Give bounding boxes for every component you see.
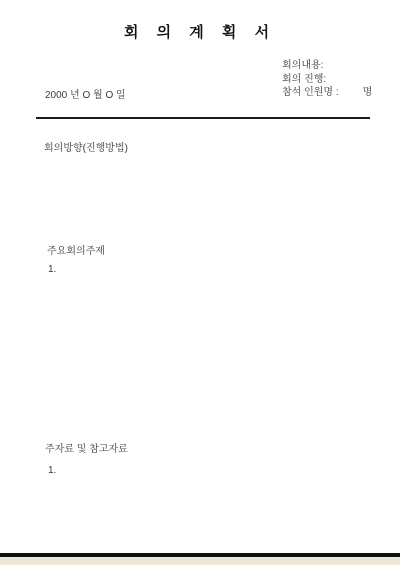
attendees-unit: 명	[363, 86, 373, 100]
attendees-line: 참석 인원명 :명	[282, 86, 372, 100]
meta-block: 회의내용: 회의 진행: 참석 인원명 :명	[282, 59, 372, 100]
meeting-content-label: 회의내용:	[282, 59, 372, 73]
materials-list-item: 1.	[48, 465, 56, 476]
bottom-page-edge	[0, 557, 400, 565]
page-title: 회 의 계 획 서	[0, 21, 400, 42]
meeting-plan-document: 회 의 계 획 서 회의내용: 회의 진행: 참석 인원명 :명 2000 년 …	[0, 0, 400, 565]
section-direction-label: 회의방향(진행방법)	[44, 139, 128, 154]
date-line: 2000 년 O 월 O 일	[45, 86, 126, 101]
section-topics-label: 주요회의주제	[47, 242, 105, 257]
section-materials-label: 주자료 및 참고자료	[45, 440, 128, 455]
topics-list-item: 1.	[48, 264, 56, 275]
meeting-progress-label: 회의 진행:	[282, 73, 372, 87]
attendees-label: 참석 인원명 :	[282, 87, 339, 98]
top-divider	[36, 117, 370, 119]
